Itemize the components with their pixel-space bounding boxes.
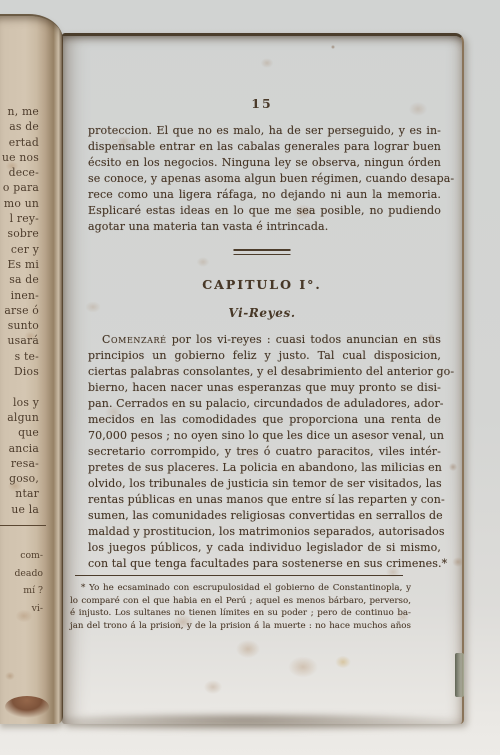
previous-page-text-fragments: n, meas deertadue nosdece-o paramo unl r… xyxy=(0,104,39,517)
photo-background: n, meas deertadue nosdece-o paramo unl r… xyxy=(0,0,500,755)
page-number: 15 xyxy=(62,96,462,111)
text-fragment: s te- xyxy=(0,349,39,364)
paragraph-line: sumen, las comunidades religiosas conver… xyxy=(88,508,441,524)
paragraph-line: écsito en los negocios. Ninguna ley se o… xyxy=(88,155,441,171)
paragraph-line: se conoce, y apenas asoma algun buen rég… xyxy=(88,171,441,187)
book-page: 15 proteccion. El que no es malo, ha de … xyxy=(62,33,464,724)
cover-edge xyxy=(5,696,49,718)
paragraph-line: rentas públicas en unas manos que entre … xyxy=(88,492,441,508)
paragraph-line: agotar una materia tan vasta é intrincad… xyxy=(88,219,441,235)
chapter-paragraph: Comenzaré por los vi-reyes : cuasi todos… xyxy=(88,332,441,572)
footnote-rule xyxy=(75,575,403,576)
text-fragment: algun xyxy=(0,410,39,425)
footnote-line: jan del trono á la prision, y de la pris… xyxy=(70,620,411,633)
paragraph-line: Esplicaré estas ideas en lo que me sea p… xyxy=(88,203,441,219)
paragraph-line: principios un gobierno feliz y justo. Ta… xyxy=(88,348,441,364)
text-fragment: ancia xyxy=(0,441,39,456)
text-fragment: resa- xyxy=(0,456,39,471)
lead-word: Comenzaré xyxy=(102,333,167,346)
paragraph-line: pan. Cerrados en su palacio, circundados… xyxy=(88,396,441,412)
first-line-rest: por los vi-reyes : cuasi todos anuncian … xyxy=(167,333,441,346)
text-fragment: arse ó xyxy=(0,303,39,318)
paragraph-line: mecidos en las comodidades que proporcio… xyxy=(88,412,441,428)
paragraph-line: bierno, hacen nacer unas esperanzas que … xyxy=(88,380,441,396)
text-fragment: cer y xyxy=(0,242,39,257)
text-fragment: los y xyxy=(0,395,39,410)
footnote: * Yo he ecsaminado con escrupulosidad el… xyxy=(70,582,411,632)
text-fragment: Es mi xyxy=(0,257,39,272)
text-fragment: sunto xyxy=(0,318,39,333)
paragraph-line: ciertas palabras consolantes, y el desab… xyxy=(88,364,441,380)
footnote-fragment: mí ? xyxy=(0,582,43,600)
previous-page-footnote-rule xyxy=(0,525,46,526)
paragraph-lines: principios un gobierno feliz y justo. Ta… xyxy=(88,348,441,572)
footnote-line: * Yo he ecsaminado con escrupulosidad el… xyxy=(70,582,411,595)
text-fragment: dece- xyxy=(0,165,39,180)
section-divider-rule xyxy=(234,249,291,255)
text-fragment: ntar xyxy=(0,486,39,501)
paragraph-line: 70,000 pesos ; no oyen sino lo que les d… xyxy=(88,428,441,444)
paragraph-line: secretario corrompido, y tres ó cuatro p… xyxy=(88,444,441,460)
text-fragment: mo un xyxy=(0,196,39,211)
paragraph-line: dispensable entrar en las cabalas genera… xyxy=(88,139,441,155)
opening-paragraph: proteccion. El que no es malo, ha de ser… xyxy=(88,123,441,235)
paragraph-line: pretes de sus placeres. La policia en ab… xyxy=(88,460,441,476)
footnote-fragment: deado xyxy=(0,565,43,583)
paragraph-line: con tal que tenga facultades para sosten… xyxy=(88,556,441,572)
footnote-fragment: vi- xyxy=(0,600,43,618)
paragraph-line: rece como una ligera ráfaga, no dejando … xyxy=(88,187,441,203)
previous-page-footnote-fragments: com-deadomí ?vi- xyxy=(0,547,43,617)
chapter-heading: CAPITULO I°. xyxy=(62,277,462,292)
chapter-subtitle: Vi-Reyes. xyxy=(62,306,462,320)
text-fragment: inen- xyxy=(0,288,39,303)
text-fragment: n, me xyxy=(0,104,39,119)
text-fragment: que xyxy=(0,425,39,440)
text-fragment: l rey- xyxy=(0,211,39,226)
footnote-fragment: com- xyxy=(0,547,43,565)
text-fragment: ertad xyxy=(0,135,39,150)
fore-edge-pages xyxy=(455,653,464,697)
text-fragment: ue nos xyxy=(0,150,39,165)
text-fragment xyxy=(0,379,39,394)
text-fragment: usará xyxy=(0,333,39,348)
previous-page-edge: n, meas deertadue nosdece-o paramo unl r… xyxy=(0,14,63,724)
text-fragment: o para xyxy=(0,180,39,195)
paragraph-line: los juegos públicos, y cada individuo le… xyxy=(88,540,441,556)
text-fragment: goso, xyxy=(0,471,39,486)
text-fragment: sobre xyxy=(0,226,39,241)
text-fragment: ue la xyxy=(0,502,39,517)
paragraph-line: maldad y prostitucion, los matrimonios s… xyxy=(88,524,441,540)
text-fragment: as de xyxy=(0,119,39,134)
paragraph-first-line: Comenzaré por los vi-reyes : cuasi todos… xyxy=(88,332,441,348)
text-fragment: Dios xyxy=(0,364,39,379)
footnote-line: é injusto. Los sultanes no tienen límite… xyxy=(70,607,411,620)
text-fragment: sa de xyxy=(0,272,39,287)
paragraph-line: olvido, los tribunales de justicia sin t… xyxy=(88,476,441,492)
footnote-line: lo comparé con el que habia en el Perú ;… xyxy=(70,595,411,608)
paragraph-line: proteccion. El que no es malo, ha de ser… xyxy=(88,123,441,139)
